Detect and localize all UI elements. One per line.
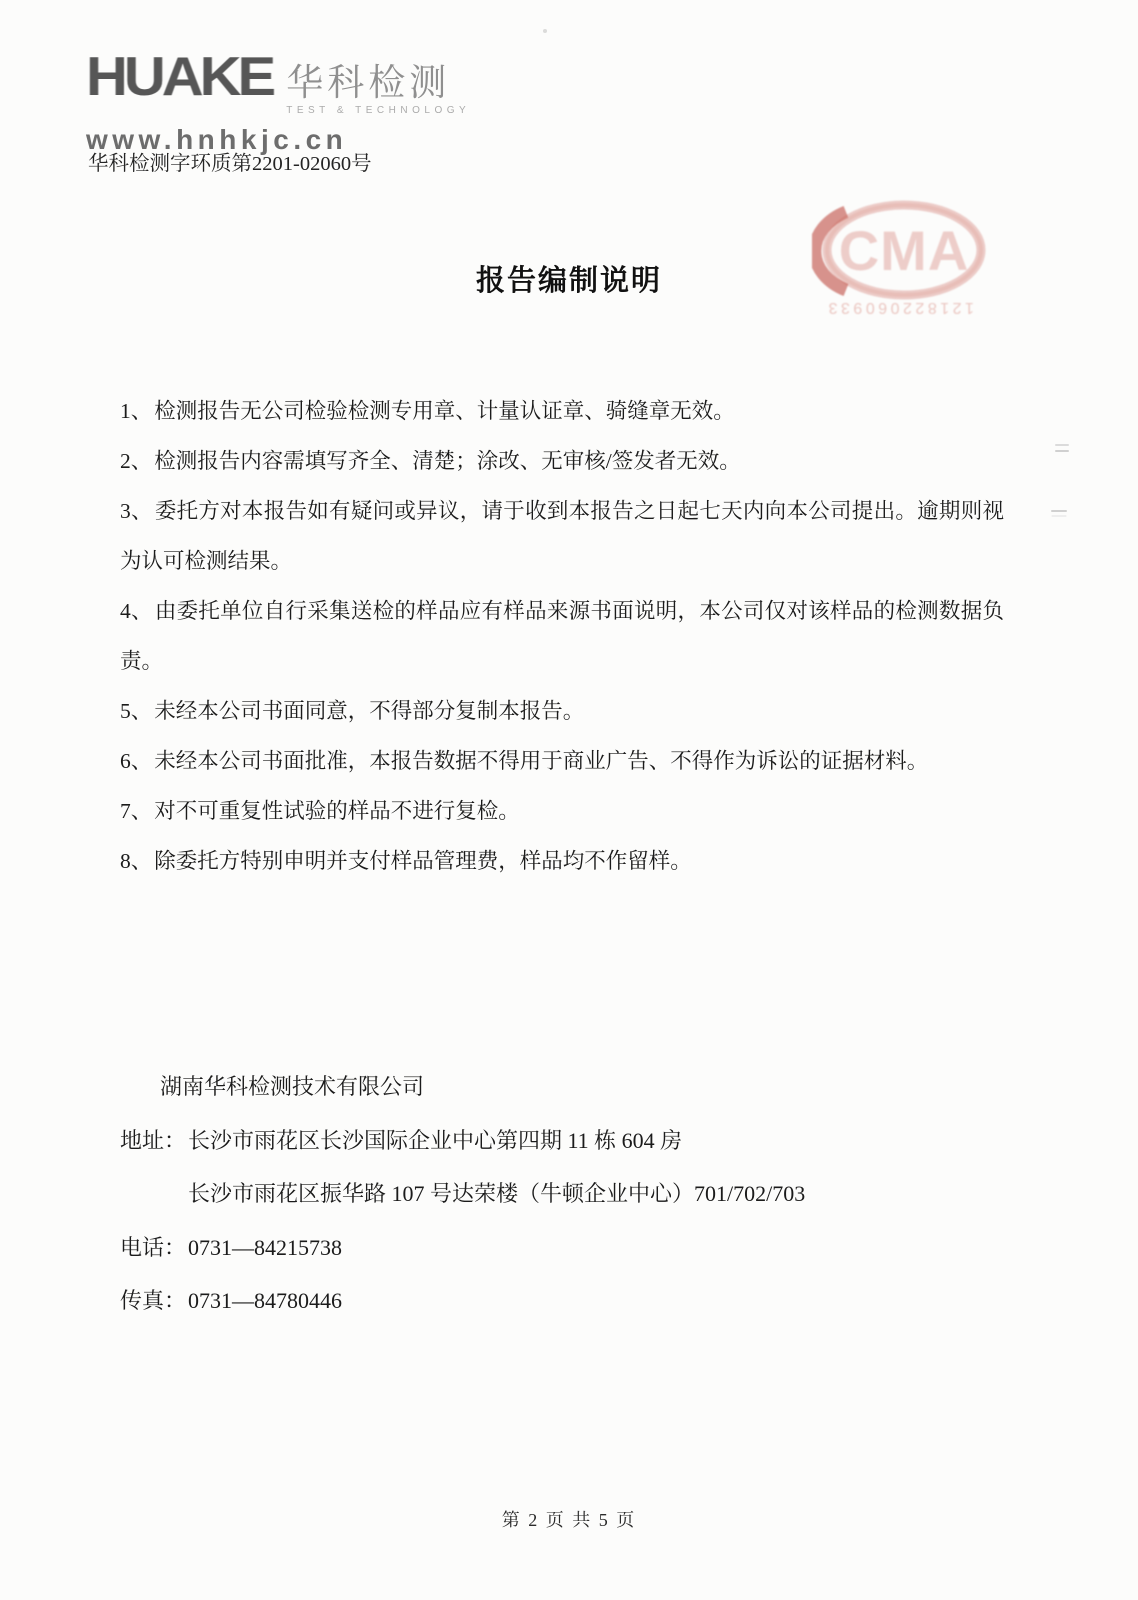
company-phone: 0731—84215738: [188, 1221, 342, 1275]
company-fax: 0731—84780446: [188, 1274, 342, 1328]
phone-label: 电话：: [120, 1221, 188, 1275]
list-item-text: 除委托方特别申明并支付样品管理费，样品均不作留样。: [154, 849, 692, 873]
logo-tagline: TEST & TECHNOLOGY: [286, 105, 470, 116]
list-item: 6、未经本公司书面批准，本报告数据不得用于商业广告、不得作为诉讼的证据材料。: [120, 736, 1004, 786]
cma-stamp-number: 121822060933: [812, 298, 987, 316]
company-logo: HUAKE 华科检测 TEST & TECHNOLOGY www.hnhkjc.…: [86, 52, 470, 156]
list-item-number: 5、: [120, 699, 154, 723]
company-address-line1: 长沙市雨花区长沙国际企业中心第四期 11 栋 604 房: [188, 1114, 682, 1168]
company-address-line2: 长沙市雨花区振华路 107 号达荣楼（牛顿企业中心）701/702/703: [188, 1167, 805, 1221]
company-name: 湖南华科检测技术有限公司: [160, 1060, 424, 1114]
fax-label: 传真：: [120, 1274, 188, 1328]
list-item-text: 未经本公司书面同意，不得部分复制本报告。: [154, 699, 584, 723]
list-item-text: 由委托单位自行采集送检的样品应有样品来源书面说明，本公司仅对该样品的检测数据负责…: [120, 599, 1004, 673]
list-item-text: 检测报告内容需填写齐全、清楚；涂改、无审核/签发者无效。: [154, 449, 740, 473]
list-item: 5、未经本公司书面同意，不得部分复制本报告。: [120, 686, 1004, 736]
list-item-text: 检测报告无公司检验检测专用章、计量认证章、骑缝章无效。: [154, 399, 735, 423]
list-item-number: 4、: [120, 599, 155, 623]
address-label: 地址：: [120, 1114, 188, 1168]
list-item-number: 7、: [120, 799, 154, 823]
list-item: 7、对不可重复性试验的样品不进行复检。: [120, 786, 1004, 836]
report-page: HUAKE 华科检测 TEST & TECHNOLOGY www.hnhkjc.…: [0, 0, 1138, 1600]
certificate-number: 华科检测字环质第2201-02060号: [88, 146, 372, 176]
company-info: 湖南华科检测技术有限公司 地址： 长沙市雨花区长沙国际企业中心第四期 11 栋 …: [120, 1060, 805, 1328]
logo-chinese-name: 华科检测: [286, 66, 470, 102]
list-item-number: 3、: [120, 499, 155, 523]
address-indent-spacer: [120, 1167, 188, 1221]
report-notes-list: 1、检测报告无公司检验检测专用章、计量认证章、骑缝章无效。 2、检测报告内容需填…: [120, 386, 1004, 886]
list-item: 3、委托方对本报告如有疑问或异议，请于收到本报告之日起七天内向本公司提出。逾期则…: [120, 486, 1004, 586]
list-item-text: 对不可重复性试验的样品不进行复检。: [154, 799, 520, 823]
list-item-text: 未经本公司书面批准，本报告数据不得用于商业广告、不得作为诉讼的证据材料。: [154, 749, 928, 773]
scan-artifact: [543, 29, 547, 33]
list-item: 2、检测报告内容需填写齐全、清楚；涂改、无审核/签发者无效。: [120, 436, 1004, 486]
list-item-text: 委托方对本报告如有疑问或异议，请于收到本报告之日起七天内向本公司提出。逾期则视为…: [120, 499, 1004, 573]
list-item: 1、检测报告无公司检验检测专用章、计量认证章、骑缝章无效。: [120, 386, 1004, 436]
logo-huake-icon: HUAKE: [86, 52, 272, 101]
list-item: 4、由委托单位自行采集送检的样品应有样品来源书面说明，本公司仅对该样品的检测数据…: [120, 586, 1004, 686]
list-item-number: 8、: [120, 849, 154, 873]
page-number: 第 2 页 共 5 页: [0, 1506, 1138, 1532]
scan-artifact: [1055, 450, 1069, 452]
list-item-number: 1、: [120, 399, 154, 423]
list-item-number: 6、: [120, 749, 154, 773]
scan-artifact: [1051, 510, 1067, 512]
list-item-number: 2、: [120, 449, 154, 473]
page-title: 报告编制说明: [0, 258, 1138, 299]
list-item: 8、除委托方特别申明并支付样品管理费，样品均不作留样。: [120, 836, 1004, 886]
